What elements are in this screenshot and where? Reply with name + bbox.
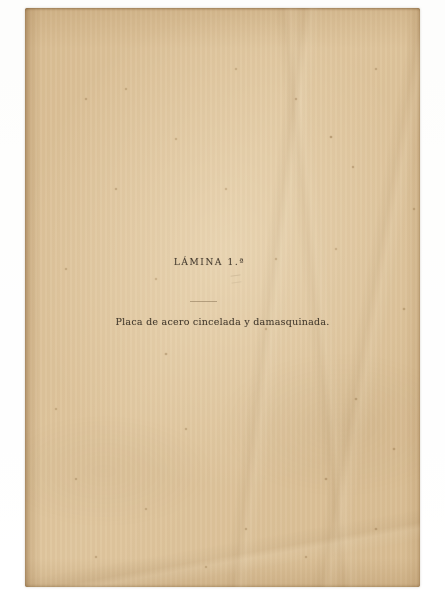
scanned-book-page: LÁMINA 1.ª Placa de acero cincelada y da…	[0, 0, 445, 600]
heading-rule	[190, 301, 217, 302]
plate-heading: LÁMINA 1.ª	[12, 258, 407, 268]
foxing-speckles	[25, 8, 27, 10]
plate-caption: Placa de acero cincelada y damasquinada.	[25, 317, 420, 328]
aged-paper-sheet: LÁMINA 1.ª Placa de acero cincelada y da…	[25, 8, 420, 587]
plate-caption-block: LÁMINA 1.ª Placa de acero cincelada y da…	[25, 258, 420, 328]
paper-scratch-mark	[230, 274, 241, 283]
